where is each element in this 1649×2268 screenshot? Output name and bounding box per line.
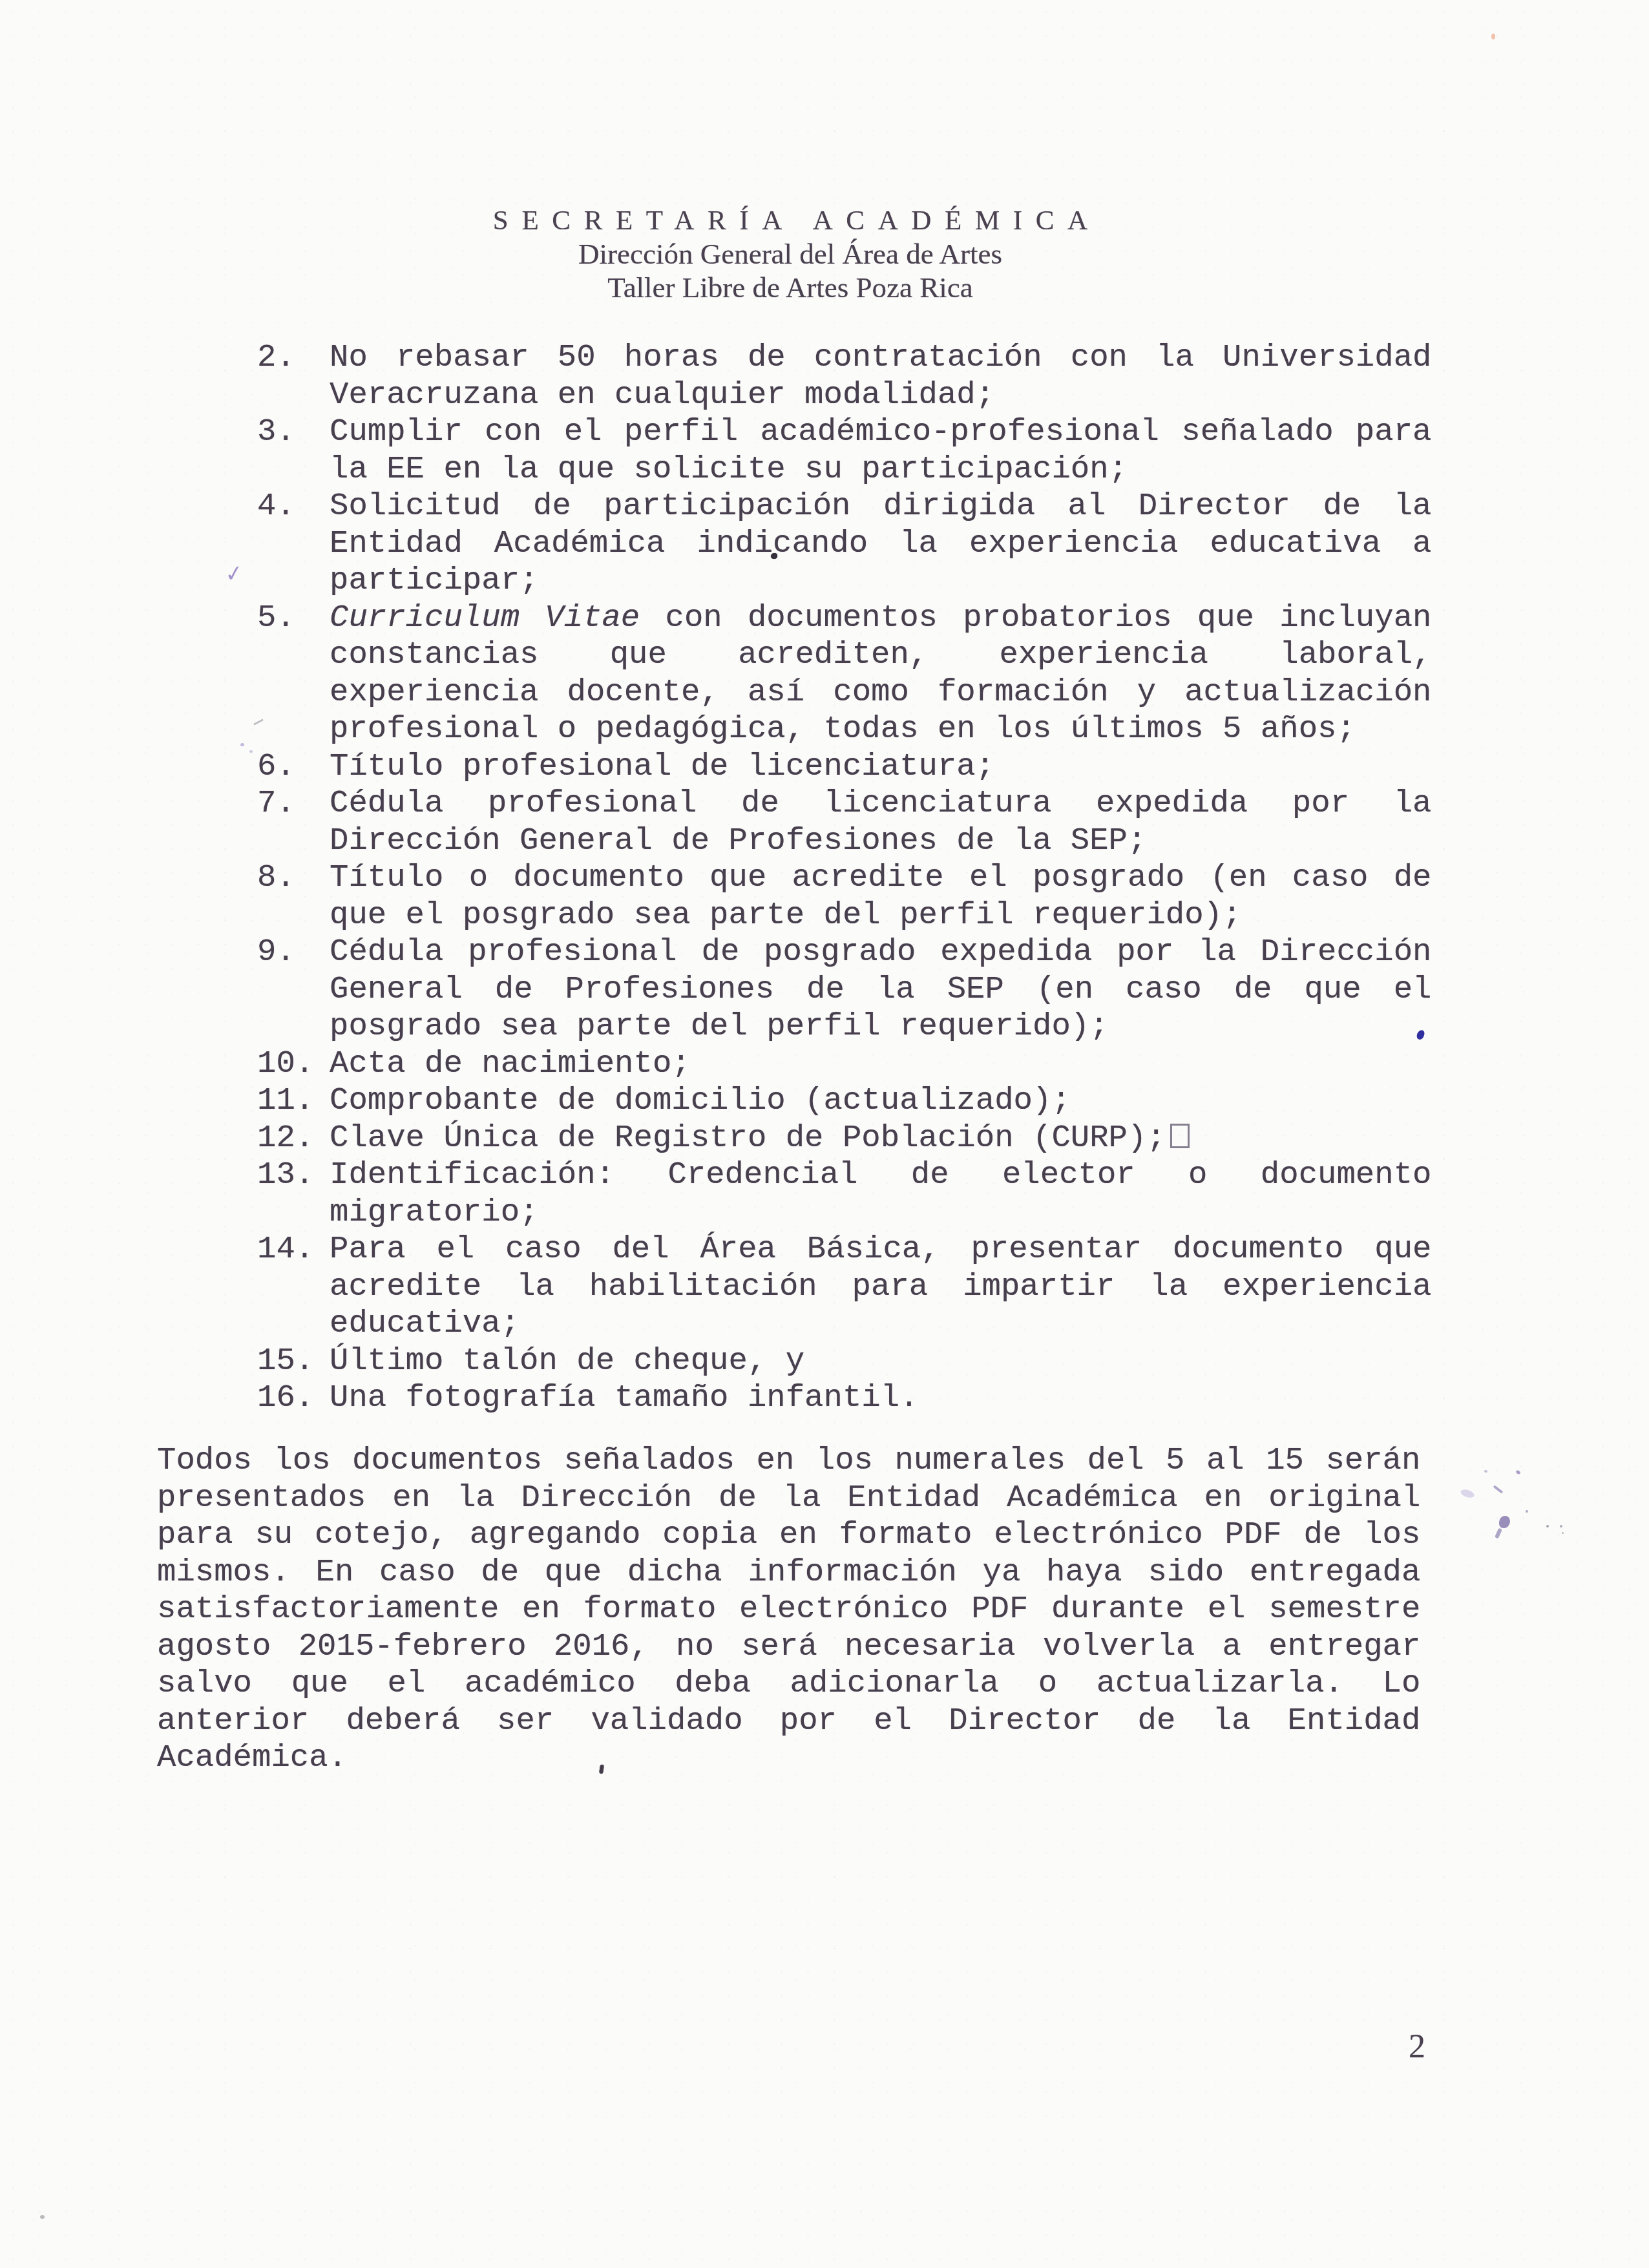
requirement-item: 12. Clave Única de Registro de Población…: [257, 1120, 1431, 1157]
item-text: Una fotografía tamaño infantil.: [330, 1380, 1431, 1417]
item-number: 2.: [257, 339, 330, 377]
ink-spatter-artifact: [1560, 1525, 1562, 1528]
page-number: 2: [1409, 2028, 1425, 2066]
item-number: 9.: [257, 934, 330, 971]
item-text: Cédula profesional de posgrado expedida …: [330, 934, 1431, 1045]
requirement-item: 11. Comprobante de domicilio (actualizad…: [257, 1082, 1431, 1120]
pen-checkmark-artifact: ✓: [223, 560, 245, 588]
requirement-item: 6. Título profesional de licenciatura;: [257, 748, 1431, 786]
item-number: 16.: [257, 1380, 330, 1417]
ink-spatter-artifact: [1460, 1488, 1475, 1499]
ink-spatter-artifact: [1499, 1516, 1510, 1528]
ink-spatter-artifact: [1484, 1470, 1487, 1473]
pink-speck-artifact: [1491, 34, 1495, 39]
item-number: 4.: [257, 488, 330, 525]
item-number: 13.: [257, 1157, 330, 1194]
item-text: Acta de nacimiento;: [330, 1045, 1431, 1083]
item-number: 3.: [257, 414, 330, 451]
scanned-document-page: { "page": { "background_color": "#fbfbf9…: [0, 0, 1649, 2268]
item-number: 5.: [257, 600, 330, 637]
ink-spatter-artifact: [1562, 1532, 1564, 1534]
item-number: 14.: [257, 1231, 330, 1268]
item-text: Clave Única de Registro de Población (CU…: [330, 1120, 1431, 1157]
ink-spatter-artifact: [1495, 1528, 1502, 1538]
item-number: 10.: [257, 1045, 330, 1083]
requirement-item: 7. Cédula profesional de licenciatura ex…: [257, 785, 1431, 859]
bottom-speck-artifact: [40, 2215, 45, 2219]
curriculum-vitae-italic: Curriculum Vitae: [330, 600, 640, 636]
item-text: Último talón de cheque, y: [330, 1343, 1431, 1380]
item-text: Identificación: Credencial de elector o …: [330, 1157, 1431, 1231]
item-number: 8.: [257, 859, 330, 897]
pen-speck-artifact: [240, 743, 244, 746]
header-title: SECRETARÍA ACADÉMICA: [157, 205, 1437, 236]
requirement-item: 16. Una fotografía tamaño infantil.: [257, 1380, 1431, 1417]
item-text: Cédula profesional de licenciatura exped…: [330, 785, 1431, 859]
item-text: Curriculum Vitae con documentos probator…: [330, 600, 1431, 748]
item-number: 6.: [257, 748, 330, 786]
item-text: Comprobante de domicilio (actualizado);: [330, 1082, 1431, 1120]
requirement-item: 4. Solicitud de participación dirigida a…: [257, 488, 1431, 600]
ink-spatter-artifact: [1546, 1525, 1549, 1528]
ink-spatter-artifact: [1526, 1510, 1528, 1513]
item-number: 15.: [257, 1343, 330, 1380]
missing-character-box-glyph: [1170, 1124, 1190, 1148]
requirement-item: 2. No rebasar 50 horas de contratación c…: [257, 339, 1431, 414]
item-text: No rebasar 50 horas de contratación con …: [330, 339, 1431, 414]
header-subtitle-taller: Taller Libre de Artes Poza Rica: [157, 271, 1423, 304]
item-text: Título o documento que acredite el posgr…: [330, 859, 1431, 934]
item-text: Para el caso del Área Básica, presentar …: [330, 1231, 1431, 1343]
item-text: Cumplir con el perfil académico-profesio…: [330, 414, 1431, 488]
requirement-item: 5. Curriculum Vitae con documentos proba…: [257, 600, 1431, 748]
ink-spatter-artifact: [1493, 1485, 1504, 1494]
requirement-item: 13. Identificación: Credencial de electo…: [257, 1157, 1431, 1231]
item-number: 7.: [257, 785, 330, 823]
item-text: Solicitud de participación dirigida al D…: [330, 488, 1431, 600]
requirements-list: 2. No rebasar 50 horas de contratación c…: [257, 339, 1431, 1417]
requirement-item: 3. Cumplir con el perfil académico-profe…: [257, 414, 1431, 488]
header-subtitle-direccion: Dirección General del Área de Artes: [157, 237, 1423, 271]
ink-spatter-artifact: [1515, 1470, 1521, 1475]
requirement-item: 15. Último talón de cheque, y: [257, 1343, 1431, 1380]
closing-paragraph: Todos los documentos señalados en los nu…: [157, 1442, 1420, 1777]
item-number: 11.: [257, 1082, 330, 1120]
requirement-item: 8. Título o documento que acredite el po…: [257, 859, 1431, 934]
pen-speck-artifact: [249, 750, 253, 753]
item-number: 12.: [257, 1120, 330, 1157]
requirement-item: 14. Para el caso del Área Básica, presen…: [257, 1231, 1431, 1343]
requirement-item: 10. Acta de nacimiento;: [257, 1045, 1431, 1083]
document-header: SECRETARÍA ACADÉMICA Dirección General d…: [157, 205, 1423, 304]
requirement-item: 9. Cédula profesional de posgrado expedi…: [257, 934, 1431, 1045]
item-text: Título profesional de licenciatura;: [330, 748, 1431, 786]
